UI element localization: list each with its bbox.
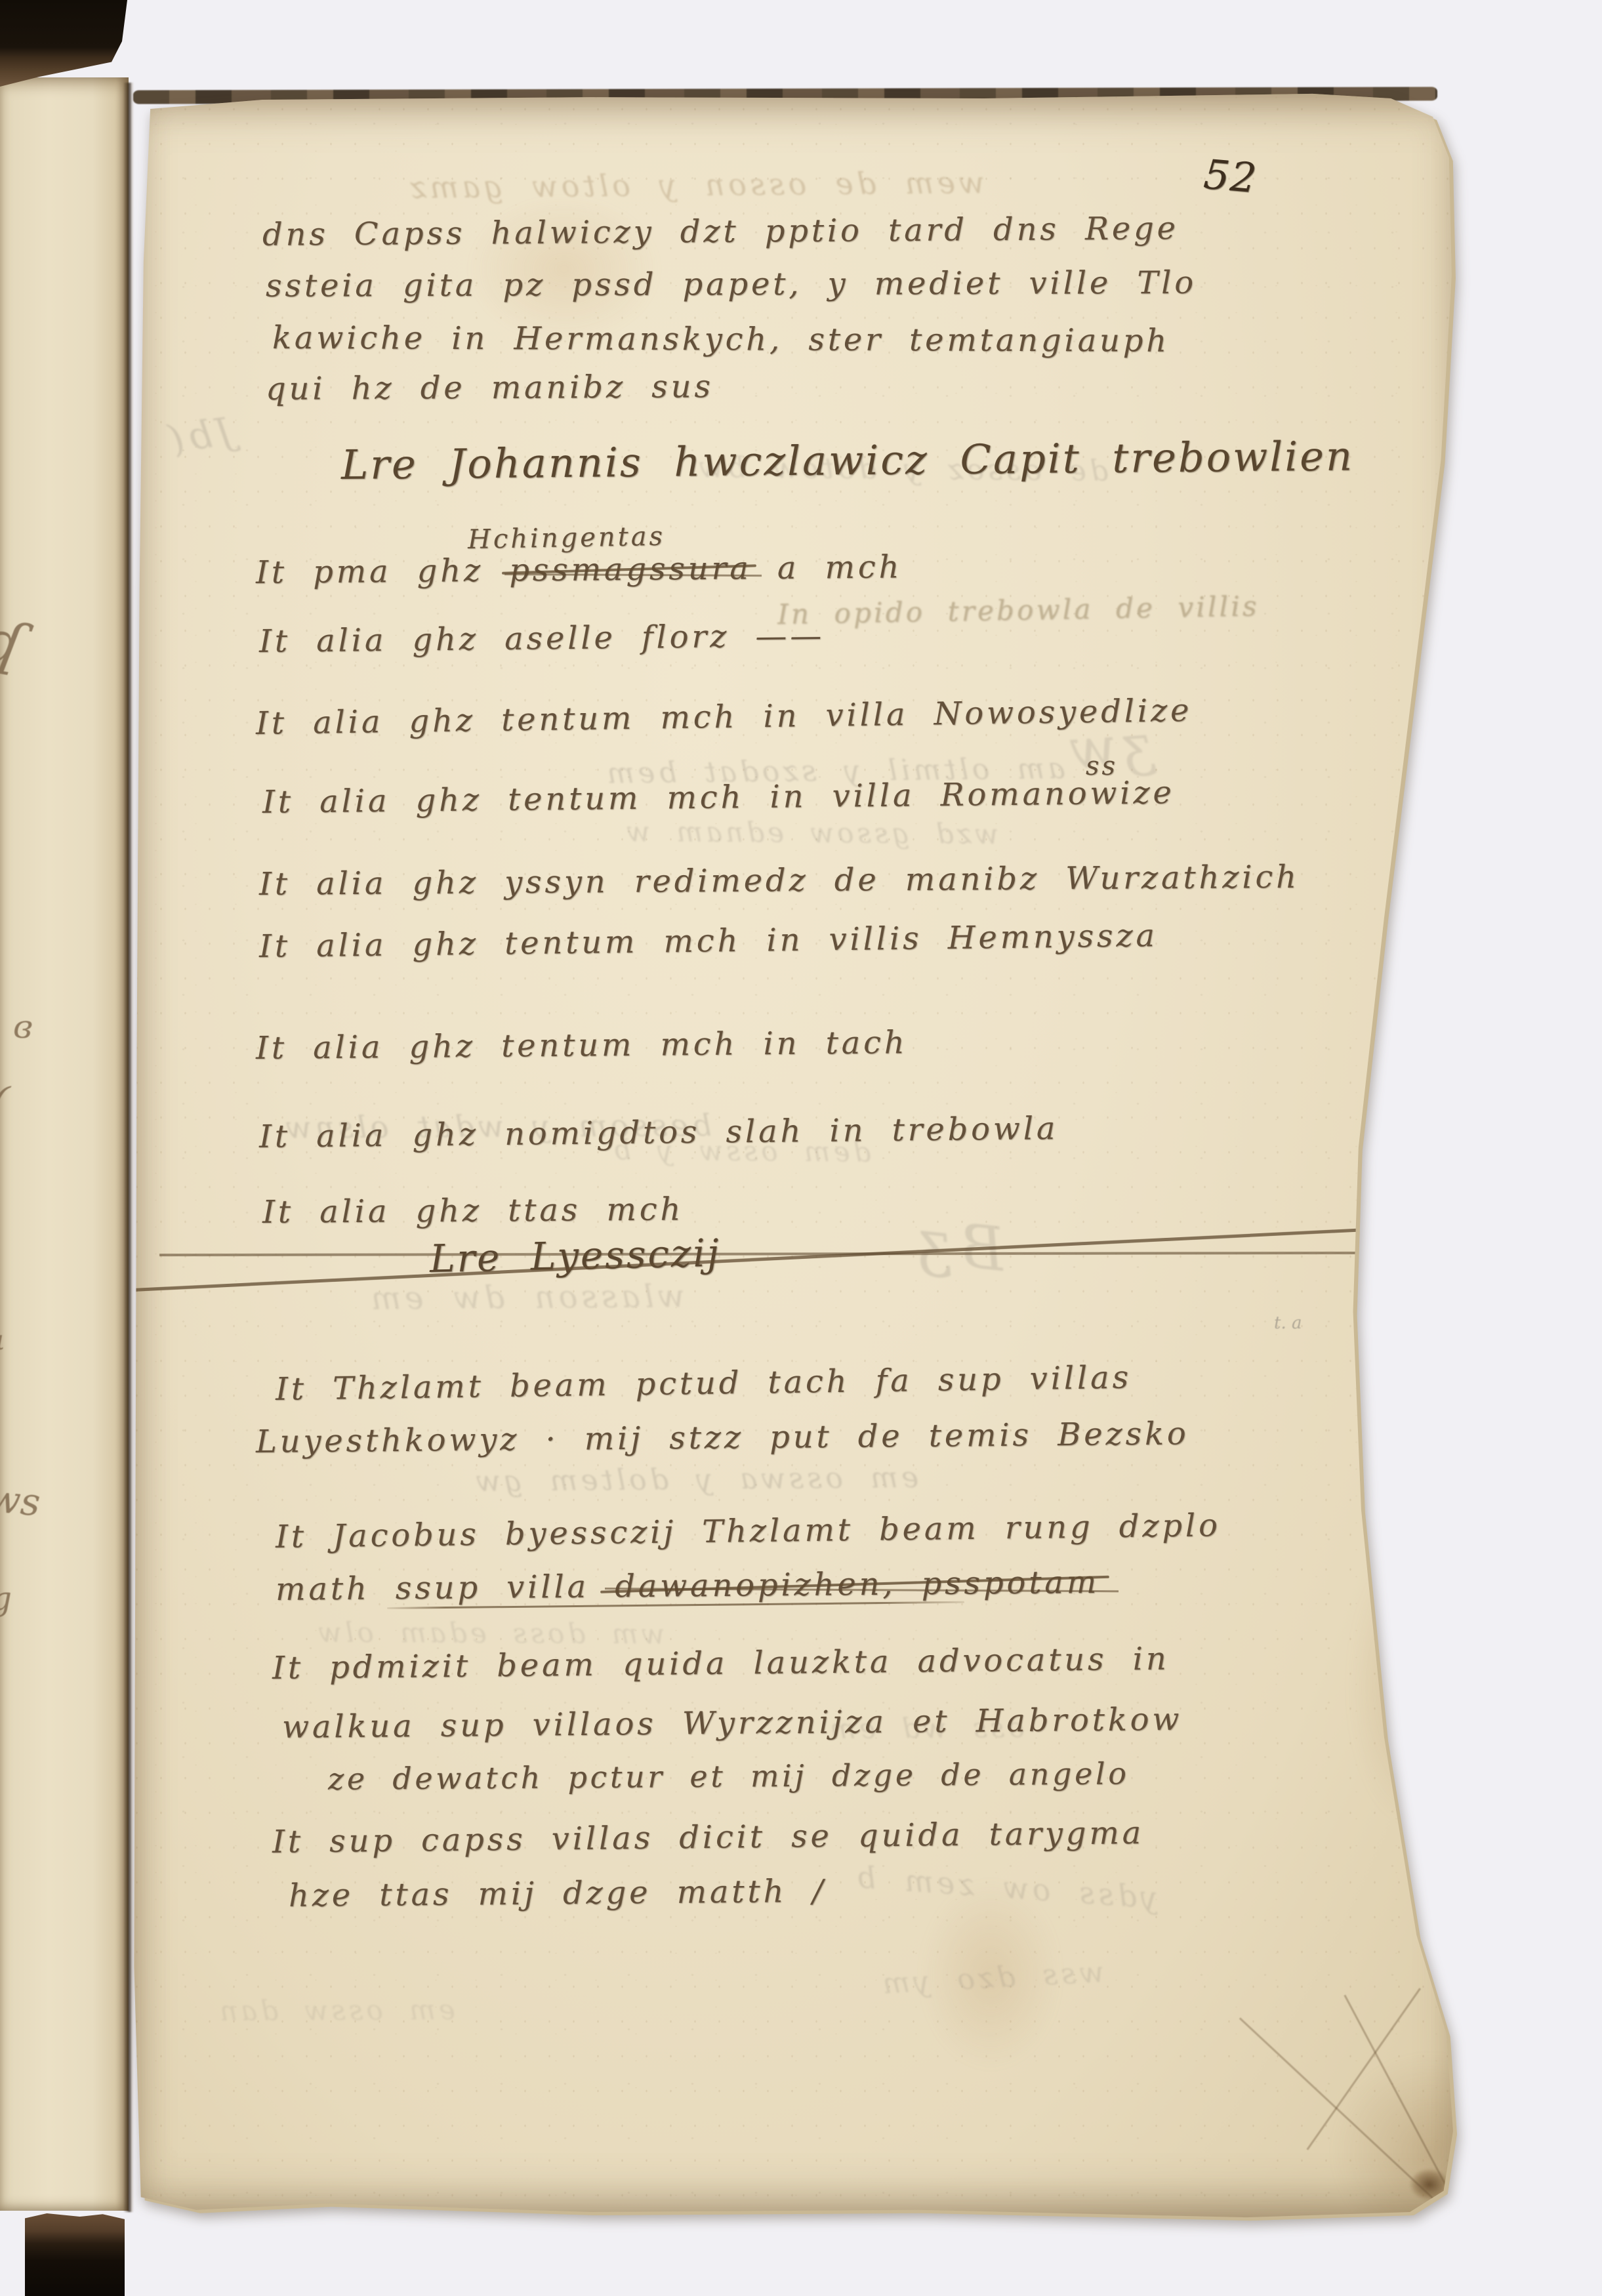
page-edge-fragment: ( [0, 1076, 12, 1120]
manuscript-line: ss [1086, 751, 1118, 781]
manuscript-line: It alia ghz yssyn redimedz de manibz Wur… [259, 859, 1300, 903]
manuscript-line: It alia ghz tentum mch in villa Romanowi… [262, 774, 1175, 821]
manuscript-line: kawiche in Hermanskych, ster temtangiaup… [272, 319, 1170, 359]
manuscript-line: walkua sup villaos Wyrzznijza et Habrotk… [282, 1701, 1183, 1746]
struck-text: dawanopizhen, psspotam [615, 1564, 1099, 1605]
ghost-text: Bʒ [909, 1206, 1008, 1285]
manuscript-line: It alia ghz aselle florz —— [259, 617, 825, 660]
ghost-text: wzd gssow ednam w [623, 815, 998, 850]
struck-text: pssmagssura [509, 550, 752, 588]
manuscript-line: hze ttas mij dzge matth / [289, 1873, 827, 1914]
page-edge-fragment: ι [0, 1324, 5, 1356]
text-segment: math ssup villa [276, 1568, 615, 1608]
manuscript-line: math ssup villa dawanopizhen, psspotam [276, 1564, 1099, 1608]
manuscript-line: It alia ghz tentum mch in villis Hemnyss… [259, 917, 1159, 965]
manuscript-line: Lre Johannis hwczlawicz Capit trebowlien [341, 432, 1355, 489]
manuscript-line: In opido trebowla de villis [777, 590, 1260, 630]
ghost-layer: wem de osson y oltow gamzJb(de ossoz y d… [125, 92, 1476, 2221]
manuscript-line: ssteia gita pz pssd papet, y mediet vill… [266, 264, 1197, 304]
ghost-text: wss dzo ym [878, 1956, 1105, 2001]
page-edge-fragment: ɞ [13, 1009, 32, 1046]
manuscript-line: It alia ghz ttas mch [262, 1191, 684, 1231]
ghost-text: ydss ow zem b [852, 1859, 1159, 1916]
ghost-text: em osswa y doltem gw [472, 1461, 919, 1498]
ghost-text: em ossw dan [216, 1994, 455, 2027]
ghost-text: oss wd em [827, 1712, 1025, 1745]
text-segment: a mch [751, 548, 902, 586]
ghost-text: dem ossw y b [610, 1134, 871, 1168]
manuscript-line: It alia ghz nomigdtos slah in trebowla [259, 1110, 1059, 1155]
scanner-background: ʠɞ(ιwsg 52 t. a wem de osson y oltow gam… [0, 0, 1602, 2296]
text-segment: It pma ghz [256, 552, 510, 591]
page-edge-fragment: ʠ [0, 607, 28, 679]
text-layer: dns Capss halwiczy dzt pptio tard dns Re… [125, 92, 1476, 2221]
paper-stain [899, 1850, 1082, 2099]
ghost-text: wem de osson y oltow gamz [407, 165, 985, 205]
page-edge-fragment: ws [0, 1476, 42, 1525]
manuscript-line: Hchingentas [468, 522, 666, 555]
manuscript-line: It sup capss villas dicit se quida taryg… [272, 1814, 1145, 1860]
ghost-text: de ossoz y dotow bw [695, 451, 1109, 487]
paper-stain [1332, 1502, 1489, 1870]
manuscript-line: Luyesthkowyz · mij stzz put de temis Bez… [256, 1416, 1189, 1460]
manuscript-line: It alia ghz tentum mch in tach [256, 1024, 908, 1067]
ink-rule [387, 1601, 964, 1609]
ghost-text: wm doss edam olw [315, 1616, 665, 1650]
paper-stain [1305, 2027, 1555, 2276]
corner-crease [1239, 2017, 1466, 2228]
ghost-text: am oltmil y szodat bem [604, 752, 1065, 790]
manuscript-line: Lre Lyessczij [429, 1208, 1602, 1281]
ghost-text: Jb( [161, 409, 235, 462]
manuscript-line: It pdmizit beam quida lauzkta advocatus … [272, 1641, 1170, 1687]
book-spine-bottom [25, 2213, 125, 2296]
ghost-text: wlasson dw em [367, 1278, 685, 1317]
pencil-mark: t. a [1274, 1313, 1302, 1333]
manuscript-page: 52 t. a wem de osson y oltow gamzJb(de o… [125, 92, 1476, 2221]
manuscript-line: qui hz de manibz sus [266, 368, 714, 407]
corner-crease [1344, 1995, 1456, 2204]
ghost-text: ʒw [1061, 712, 1157, 782]
folio-number: 52 [1202, 150, 1259, 203]
manuscript-line: It alia ghz tentum mch in villa Nowosyed… [256, 692, 1193, 742]
manuscript-line: It pma ghz pssmagssura a mch [256, 548, 903, 591]
paper-stain [426, 164, 702, 374]
left-page: ʠɞ(ιwsg [0, 77, 129, 2211]
manuscript-line: It Jacobus byessczij Thzlamt beam rung d… [276, 1507, 1221, 1555]
manuscript-line: ze dewatch pctur et mij dzge de angelo [328, 1755, 1130, 1797]
manuscript-line: It Thzlamt beam pctud tach fa sup villas [276, 1359, 1132, 1408]
page-edge-fragment: g [0, 1580, 12, 1618]
manuscript-page-wrap: 52 t. a wem de osson y oltow gamzJb(de o… [125, 92, 1476, 2221]
manuscript-line: dns Capss halwiczy dzt pptio tard dns Re… [262, 210, 1179, 253]
ghost-text: bessom y wdat olsnw [282, 1107, 712, 1145]
corner-crease [1307, 1988, 1421, 2150]
